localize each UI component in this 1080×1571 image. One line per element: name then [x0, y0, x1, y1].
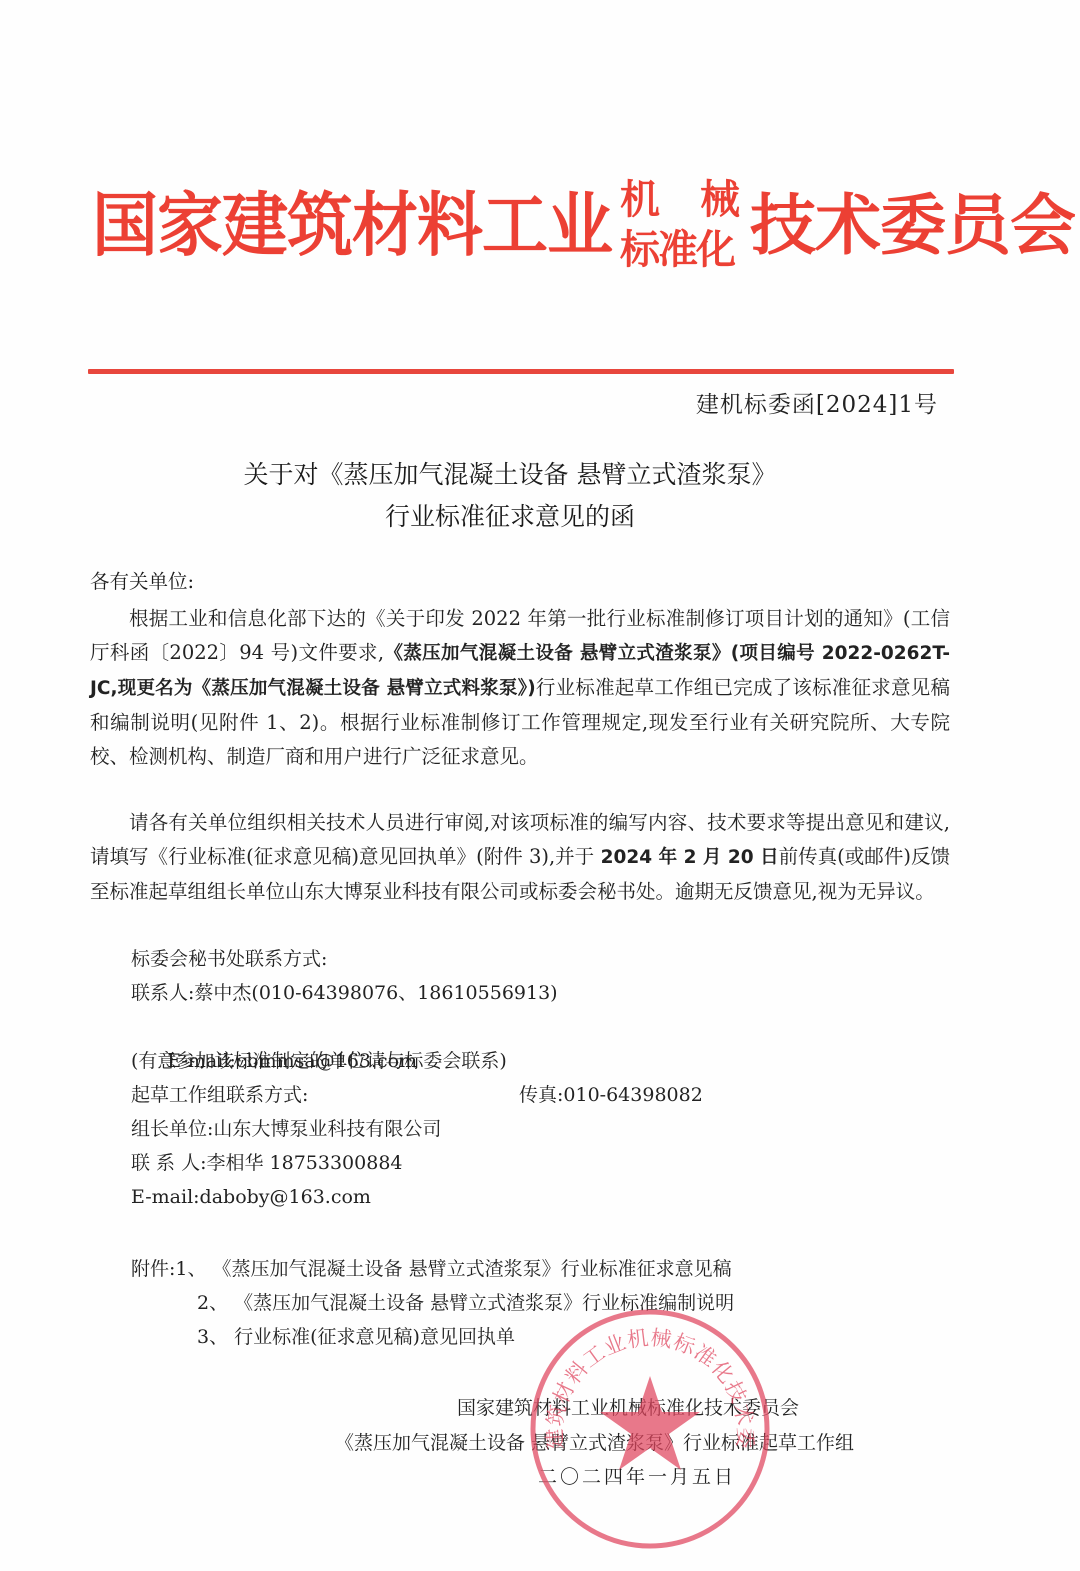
title-line-2: 行业标准征求意见的函: [0, 497, 1050, 533]
drafting-leader-unit: 组长单位:山东大博泵业科技有限公司: [131, 1112, 441, 1146]
letterhead-stack-bottom: 标准化: [620, 225, 740, 275]
attachment-item: 2、 《蒸压加气混凝土设备 悬臂立式渣浆泵》行业标准编制说明: [131, 1286, 734, 1320]
drafting-heading: 起草工作组联系方式:: [131, 1078, 441, 1112]
document-number: 建机标委函[2024]1号: [696, 386, 938, 419]
drafting-group-contact: 起草工作组联系方式: 组长单位:山东大博泵业科技有限公司 联 系 人:李相华 1…: [131, 1078, 441, 1214]
letterhead: 国家建筑材料工业 机 械 标准化 技术委员会: [92, 160, 1075, 290]
signature-organization: 国家建筑材料工业机械标准化技术委员会: [457, 1393, 799, 1420]
secretariat-email: E-mail:cbmmsa@163.com: [167, 1050, 417, 1072]
attachments-list: 附件:1、 《蒸压加气混凝土设备 悬臂立式渣浆泵》行业标准征求意见稿 2、 《蒸…: [131, 1252, 734, 1354]
drafting-email: E-mail:daboby@163.com: [131, 1180, 441, 1214]
letterhead-part1: 国家建筑材料工业: [92, 190, 612, 259]
letterhead-part2: 技术委员会: [750, 192, 1075, 258]
secretariat-heading: 标委会秘书处联系方式:: [131, 942, 558, 976]
secretariat-fax: 传真:010-64398082: [519, 1078, 703, 1112]
letterhead-stack: 机 械 标准化: [620, 175, 740, 275]
letterhead-stack-top-right: 械: [700, 175, 740, 225]
document-page: 国家建筑材料工业 机 械 标准化 技术委员会 建机标委函[2024]1号 关于对…: [0, 0, 1080, 1571]
letterhead-stack-top-left: 机: [620, 175, 660, 225]
secretariat-contact-person: 联系人:蔡中杰(010-64398076、18610556913): [131, 976, 558, 1010]
attachment-item: 1、 《蒸压加气混凝土设备 悬臂立式渣浆泵》行业标准征求意见稿: [175, 1258, 731, 1280]
attachment-item: 3、 行业标准(征求意见稿)意见回执单: [131, 1320, 734, 1354]
attachments-label: 附件:: [131, 1258, 175, 1280]
paragraph-2: 请各有关单位组织相关技术人员进行审阅,对该项标准的编写内容、技术要求等提出意见和…: [90, 806, 950, 909]
drafting-contact-person: 联 系 人:李相华 18753300884: [131, 1146, 441, 1180]
secretariat-contact: 标委会秘书处联系方式: 联系人:蔡中杰(010-64398076、1861055…: [131, 942, 558, 1078]
paragraph-2-deadline: 2024 年 2 月 20 日: [594, 847, 778, 868]
title-line-1: 关于对《蒸压加气混凝土设备 悬臂立式渣浆泵》: [0, 455, 1050, 491]
salutation: 各有关单位:: [90, 566, 194, 594]
signature-drafting-group: 《蒸压加气混凝土设备 悬臂立式渣浆泵》行业标准起草工作组: [335, 1428, 854, 1455]
paragraph-1: 根据工业和信息化部下达的《关于印发 2022 年第一批行业标准制修订项目计划的通…: [90, 602, 950, 774]
signature-date: 二〇二四年一月五日: [538, 1462, 736, 1489]
red-divider: [88, 369, 954, 374]
